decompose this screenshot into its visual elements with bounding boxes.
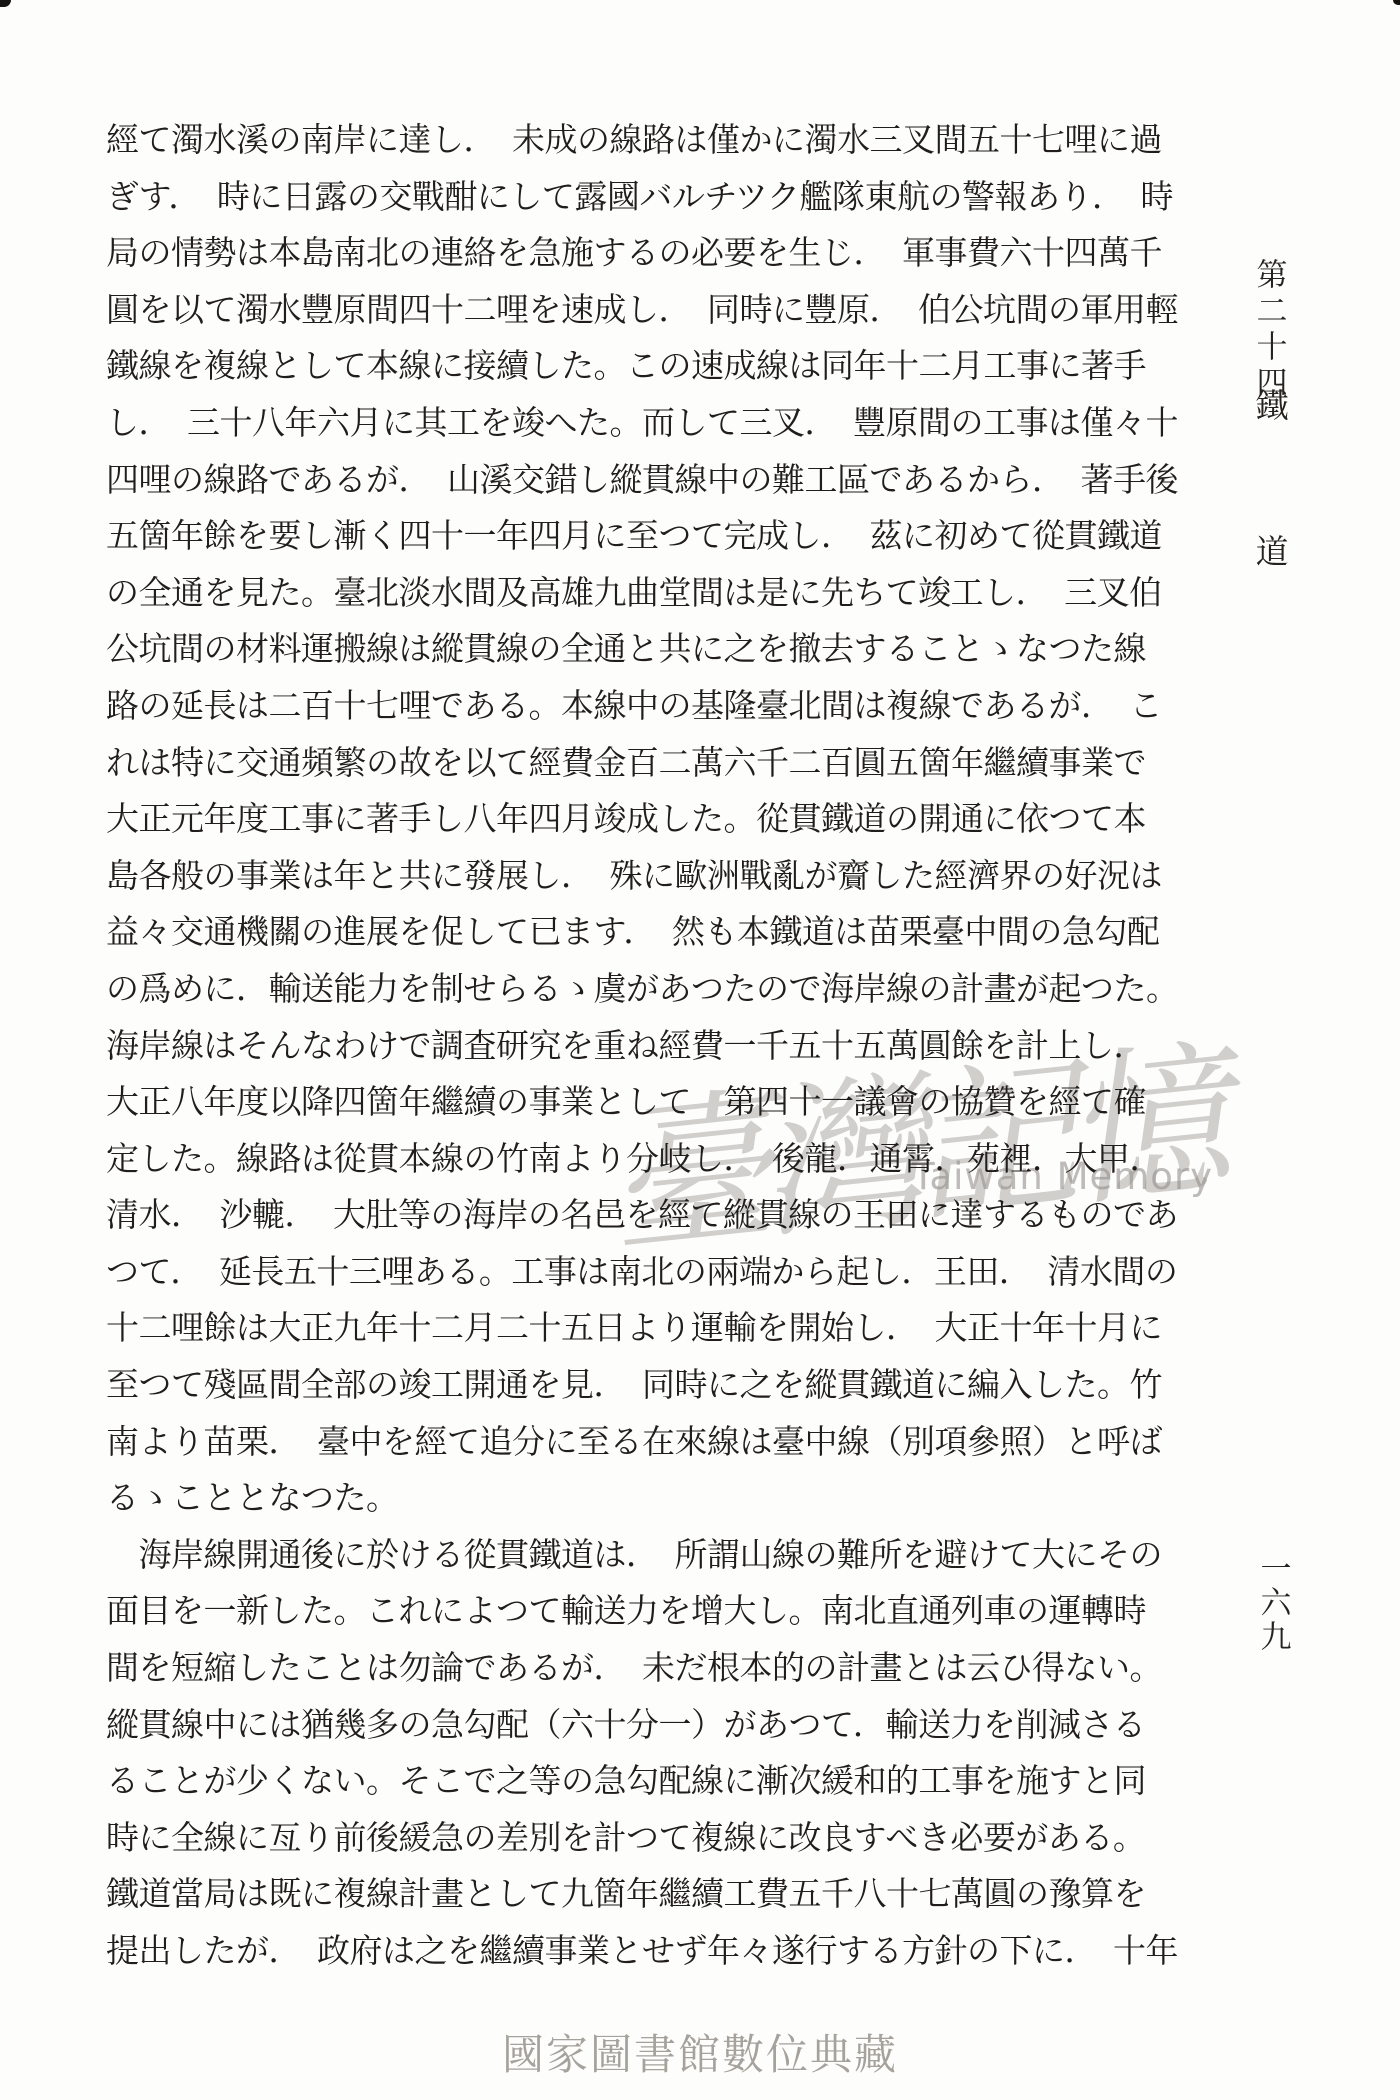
text-line: 局の情勢は本島南北の連絡を急施するの必要を生じ． 軍事費六十四萬千 [106, 225, 1226, 282]
text-line: 四哩の線路であるが． 山溪交錯し縱貫線中の難工區であるから． 著手後 [106, 452, 1226, 509]
body-text: 經て濁水溪の南岸に達し． 未成の線路は僅かに濁水三叉間五十七哩に過 ぎす． 時に… [106, 112, 1226, 1980]
text-line: 海岸線開通後に於ける從貫鐵道は． 所謂山線の難所を避けて大にその [106, 1527, 1226, 1584]
text-line: 五箇年餘を要し漸く四十一年四月に至つて完成し． 茲に初めて從貫鐵道 [106, 508, 1226, 565]
text-line: 南より苗栗． 臺中を經て追分に至る在來線は臺中線（別項參照）と呼ば [106, 1414, 1226, 1471]
text-line: 圓を以て濁水豐原間四十二哩を速成し． 同時に豐原． 伯公坑間の軍用輕 [106, 282, 1226, 339]
text-line: 鐵線を複線として本線に接續した。この速成線は同年十二月工事に著手 [106, 338, 1226, 395]
text-line: 大正八年度以降四箇年繼續の事業として 第四十一議會の協贊を經て確 [106, 1074, 1226, 1131]
text-line: の全通を見た。臺北淡水間及高雄九曲堂間は是に先ちて竣工し． 三叉伯 [106, 565, 1226, 622]
text-line: 海岸線はそんなわけで調査研究を重ね經費一千五十五萬圓餘を計上し． [106, 1018, 1226, 1075]
text-line: 經て濁水溪の南岸に達し． 未成の線路は僅かに濁水三叉間五十七哩に過 [106, 112, 1226, 169]
text-line: れは特に交通頻繁の故を以て經費金百二萬六千二百圓五箇年繼續事業で [106, 735, 1226, 792]
scan-speck-top-left [0, 0, 11, 7]
text-line: 間を短縮したことは勿論であるが． 未だ根本的の計畫とは云ひ得ない。 [106, 1640, 1226, 1697]
scan-speck-top-right [1393, 0, 1400, 5]
text-line: ぎす． 時に日露の交戰酣にして露國バルチツク艦隊東航の警報あり． 時 [106, 169, 1226, 226]
margin-subject-char-dou: 道 [1252, 534, 1287, 567]
text-line: 島各般の事業は年と共に發展し． 殊に歐洲戰亂が齎した經濟界の好況は [106, 848, 1226, 905]
text-line: 益々交通機關の進展を促して已ます． 然も本鐵道は苗栗臺中間の急勾配 [106, 904, 1226, 961]
scanned-page: 臺灣記憶 Taiwan Memory 經て濁水溪の南岸に達し． 未成の線路は僅か… [0, 0, 1400, 2100]
text-line: 至つて殘區間全部の竣工開通を見． 同時に之を縱貫鐵道に編入した。竹 [106, 1357, 1226, 1414]
text-line: 縱貫線中には猶幾多の急勾配（六十分一）があつて．輸送力を削減さる [106, 1697, 1226, 1754]
text-line: 路の延長は二百十七哩である。本線中の基隆臺北間は複線であるが． こ [106, 678, 1226, 735]
text-line: 公坑間の材料運搬線は縱貫線の全通と共に之を撤去することゝなつた線 [106, 621, 1226, 678]
text-line: 大正元年度工事に著手し八年四月竣成した。從貫鐵道の開通に依つて本 [106, 791, 1226, 848]
margin-page-number: 一六九 [1256, 1552, 1289, 1654]
text-line: 清水． 沙轆． 大肚等の海岸の名邑を經て縱貫線の王田に達するものであ [106, 1187, 1226, 1244]
text-line: るゝこととなつた。 [106, 1470, 1226, 1527]
margin-chapter-label: 第二十四 [1252, 258, 1285, 402]
text-line: 定した。線路は從貫本線の竹南より分岐し． 後龍．通霄．苑裡．大甲． [106, 1131, 1226, 1188]
text-line: し． 三十八年六月に其工を竣へた。而して三叉． 豐原間の工事は僅々十 [106, 395, 1226, 452]
text-line: 十二哩餘は大正九年十二月二十五日より運輸を開始し． 大正十年十月に [106, 1300, 1226, 1357]
footer-archive-label: 國家圖書館數位典藏 [502, 2022, 898, 2082]
margin-subject-char-tetsu: 鐵 [1252, 388, 1287, 421]
text-line: つて． 延長五十三哩ある。工事は南北の兩端から起し．王田． 清水間の [106, 1244, 1226, 1301]
text-line: 時に全線に亙り前後緩急の差別を計つて複線に改良すべき必要がある。 [106, 1810, 1226, 1867]
text-line: 面目を一新した。これによつて輸送力を增大し。南北直通列車の運轉時 [106, 1583, 1226, 1640]
text-line: 提出したが． 政府は之を繼續事業とせず年々遂行する方針の下に． 十年 [106, 1923, 1226, 1980]
text-line: ることが少くない。そこで之等の急勾配線に漸次緩和的工事を施すと同 [106, 1753, 1226, 1810]
text-line: 鐵道當局は既に複線計畫として九箇年繼續工費五千八十七萬圓の豫算を [106, 1866, 1226, 1923]
text-line: の爲めに．輸送能力を制せらるゝ虞があつたので海岸線の計畫が起つた。 [106, 961, 1226, 1018]
